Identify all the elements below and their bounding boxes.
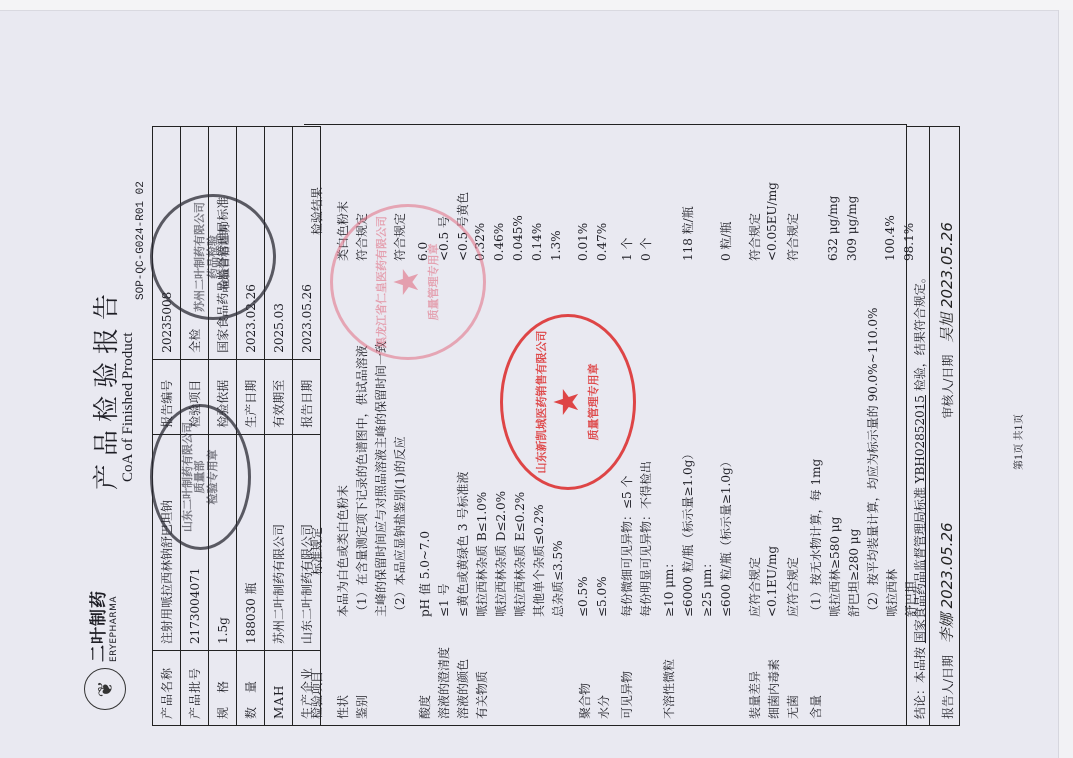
- spec-label: 规 格: [209, 651, 237, 726]
- expiry-label: 有效期至: [265, 359, 293, 434]
- stamp-text: 质量部: [194, 422, 207, 532]
- coa-document-page: ❦ 二叶制药 ERYEPHARMA 产品检验报告 CoA of Finished…: [0, 100, 1060, 740]
- result-value: 118 粒/瓶: [679, 206, 696, 261]
- result-standard: <0.1EU/mg: [765, 546, 779, 617]
- result-value: 0.47%: [595, 223, 609, 261]
- result-value: 309 μg/mg: [845, 196, 859, 261]
- result-standard: ≤6000 粒/瓶（标示量≥1.0g）: [679, 448, 696, 617]
- document-title: 产品检验报告: [86, 286, 123, 490]
- leaf-circle-icon: ❦: [84, 668, 126, 710]
- result-standard: 舒巴坦≥280 μg: [845, 529, 862, 617]
- result-standard: 总杂质≤3.5%: [549, 540, 566, 617]
- result-value: 符合规定: [784, 213, 801, 261]
- result-value: 0.14%: [530, 223, 544, 261]
- result-value: 632 μg/mg: [826, 196, 840, 261]
- result-row: 不溶性微粒≥10 μm：: [660, 125, 678, 725]
- result-item: 水分: [595, 695, 612, 719]
- result-item: 细菌内毒素: [765, 659, 782, 719]
- result-item: 鉴别: [353, 695, 370, 719]
- result-row: 溶液的颜色≤黄色或黄绿色 3 号标准液<0.5 号黄色: [454, 125, 472, 725]
- result-item: 溶液的颜色: [454, 659, 471, 719]
- mfg-date-label: 生产日期: [237, 359, 265, 434]
- result-standard: 其他单个杂质≤0.2%: [530, 504, 547, 617]
- result-standard: ≥10 μm：: [660, 557, 677, 617]
- info-row: MAH 苏州二叶制药有限公司 有效期至 2025.03: [265, 127, 293, 726]
- star-icon: ★: [548, 331, 587, 474]
- result-standard: 主峰的保留时间应与对照品溶液主峰的保留时间一致: [372, 341, 389, 617]
- result-item: 装量差异: [746, 671, 763, 719]
- mah-value: 苏州二叶制药有限公司: [265, 434, 293, 650]
- result-value: 0 个: [637, 238, 654, 261]
- stamp-text: 质量管理专用章: [588, 331, 601, 474]
- result-standard: 哌拉西林≥580 μg: [826, 517, 843, 617]
- page-footer: 第1页 共1页: [1010, 414, 1025, 470]
- result-standard: （2）按平均装量计算，均应为标示量的 90.0%~110.0%: [864, 308, 881, 617]
- result-standard: 应符合规定: [746, 557, 763, 617]
- result-standard: 哌拉西林杂质 E≤0.2%: [511, 492, 528, 617]
- reviewer-label: 审核人/日期: [941, 355, 955, 419]
- result-item: 聚合物: [576, 683, 593, 719]
- result-standard: ≤0.5%: [576, 576, 590, 617]
- result-item: 性状: [334, 695, 351, 719]
- result-row: 无菌应符合规定符合规定: [784, 125, 802, 725]
- stamp-text: 检验合格证明: [219, 202, 232, 312]
- result-standard: ≤1 号: [435, 583, 452, 617]
- result-item: 溶液的澄清度: [435, 647, 452, 719]
- conclusion-suffix: 检验，结果符合规定。: [913, 271, 927, 391]
- result-item: 无菌: [784, 695, 801, 719]
- result-item: 酸度: [416, 695, 433, 719]
- authorization-stamp: 苏州二叶制药有限公司药品检验检验合格证明: [150, 194, 276, 320]
- company-logo: ❦ 二叶制药 ERYEPHARMA: [84, 590, 126, 710]
- conclusion-standard: 国家食品药品监督管理局标准 YBH02852015: [913, 395, 927, 643]
- qty-label: 数 量: [237, 651, 265, 726]
- result-value: 1.3%: [549, 231, 563, 262]
- result-row: 装量差异应符合规定符合规定: [746, 125, 764, 725]
- scanner-edge-right: [1058, 10, 1073, 758]
- result-row: （2）按平均装量计算，均应为标示量的 90.0%~110.0%: [864, 125, 882, 725]
- result-standard: （2）本品应显钠盐鉴别(1)的反应: [391, 436, 408, 617]
- result-standard: 每份微细可见异物：≤5 个: [618, 475, 635, 617]
- result-row: 性状本品为白色或类白色粉末类白色粉末: [334, 125, 352, 725]
- result-row: ≤6000 粒/瓶（标示量≥1.0g）118 粒/瓶: [679, 125, 697, 725]
- result-value: 符合规定: [746, 213, 763, 261]
- logo-en-text: ERYEPHARMA: [110, 590, 119, 662]
- result-standard: （1）在含量测定项下记录的色谱图中，供试品溶液: [353, 345, 370, 617]
- logo-cn-text: 二叶制药: [91, 590, 108, 662]
- signature-box: 报告人/日期 李娜 2023.05.26 审核人/日期 吴旭 2023.05.2…: [930, 126, 960, 726]
- stamp-text: 质量管理专用章: [428, 216, 441, 348]
- distributor-red-stamp: 山东新凯城医药销售有限公司★质量管理专用章: [500, 314, 636, 490]
- result-row: 舒巴坦≥280 μg309 μg/mg: [845, 125, 863, 725]
- star-icon: ★: [388, 216, 427, 348]
- result-row: ≤600 粒/瓶（标示量≥1.0g）0 粒/瓶: [717, 125, 735, 725]
- document-number: SOP-QC-G024-R01 02: [135, 181, 147, 300]
- stamp-text: 检验专用章: [207, 422, 220, 532]
- result-value: 0.045%: [511, 215, 525, 261]
- stamp-text: 苏州二叶制药有限公司: [194, 202, 207, 312]
- conclusion-box: 结论：本品按 国家食品药品监督管理局标准 YBH02852015 检验，结果符合…: [906, 126, 930, 726]
- product-name-label: 产品名称: [153, 651, 181, 726]
- result-item: 有关物质: [473, 671, 490, 719]
- result-row: 细菌内毒素<0.1EU/mg<0.05EU/mg: [765, 125, 783, 725]
- result-standard: ≤600 粒/瓶（标示量≥1.0g）: [717, 455, 734, 617]
- scanner-edge-top: [0, 0, 1073, 11]
- result-value: 1 个: [618, 238, 635, 261]
- result-item: 不溶性微粒: [660, 659, 677, 719]
- result-item: 含量: [807, 695, 824, 719]
- col-item-header: 检验项目: [308, 671, 325, 719]
- result-row: 有关物质哌拉西林杂质 B≤1.0%0.32%: [473, 125, 491, 725]
- result-standard: 哌拉西林杂质 B≤1.0%: [473, 492, 490, 617]
- result-value: 100.4%: [883, 215, 897, 261]
- result-value: 0.46%: [492, 223, 506, 261]
- distributor-pink-stamp: 黑龙江省仁皇医药有限公司★质量管理专用章: [330, 204, 486, 360]
- result-value: 0.01%: [576, 223, 590, 261]
- result-standard: 哌拉西林杂质 D≤2.0%: [492, 491, 509, 617]
- col-std-header: 标准规定: [308, 527, 325, 575]
- result-value: 0 粒/瓶: [717, 222, 734, 262]
- conclusion-prefix: 结论：本品按: [913, 647, 927, 719]
- result-standard: 应符合规定: [784, 557, 801, 617]
- reviewer-signature: 吴旭 2023.05.26: [938, 222, 956, 343]
- result-standard: ≤黄色或黄绿色 3 号标准液: [454, 472, 471, 617]
- result-row: 每份明显可见异物：不得检出0 个: [637, 125, 655, 725]
- result-row: 哌拉西林100.4%: [883, 125, 901, 725]
- result-standard: pH 值 5.0~7.0: [416, 531, 433, 617]
- result-standard: （1）按无水物计算，每 1mg: [807, 459, 824, 617]
- reporter-signature: 李娜 2023.05.26: [938, 522, 956, 643]
- qc-department-stamp: 山东二叶制药有限公司质量部检验专用章: [150, 404, 251, 550]
- result-row: 哌拉西林≥580 μg632 μg/mg: [826, 125, 844, 725]
- result-standard: 本品为白色或类白色粉末: [334, 485, 351, 617]
- mah-label: MAH: [265, 651, 293, 726]
- result-item: 可见异物: [618, 671, 635, 719]
- result-row: 含量（1）按无水物计算，每 1mg: [807, 125, 825, 725]
- results-header-row: 检验项目 标准规定 检验结果: [308, 125, 326, 725]
- batch-label: 产品批号: [181, 651, 209, 726]
- result-standard: 每份明显可见异物：不得检出: [637, 461, 654, 617]
- col-result-header: 检验结果: [308, 187, 325, 235]
- reporter-label: 报告人/日期: [941, 655, 955, 719]
- result-standard: ≥25 μm：: [698, 557, 715, 617]
- document-subtitle: CoA of Finished Product: [120, 332, 137, 482]
- result-row: ≥25 μm：: [698, 125, 716, 725]
- result-standard: ≤5.0%: [595, 576, 609, 617]
- result-value: <0.05EU/mg: [765, 182, 779, 261]
- result-standard: 哌拉西林: [883, 569, 900, 617]
